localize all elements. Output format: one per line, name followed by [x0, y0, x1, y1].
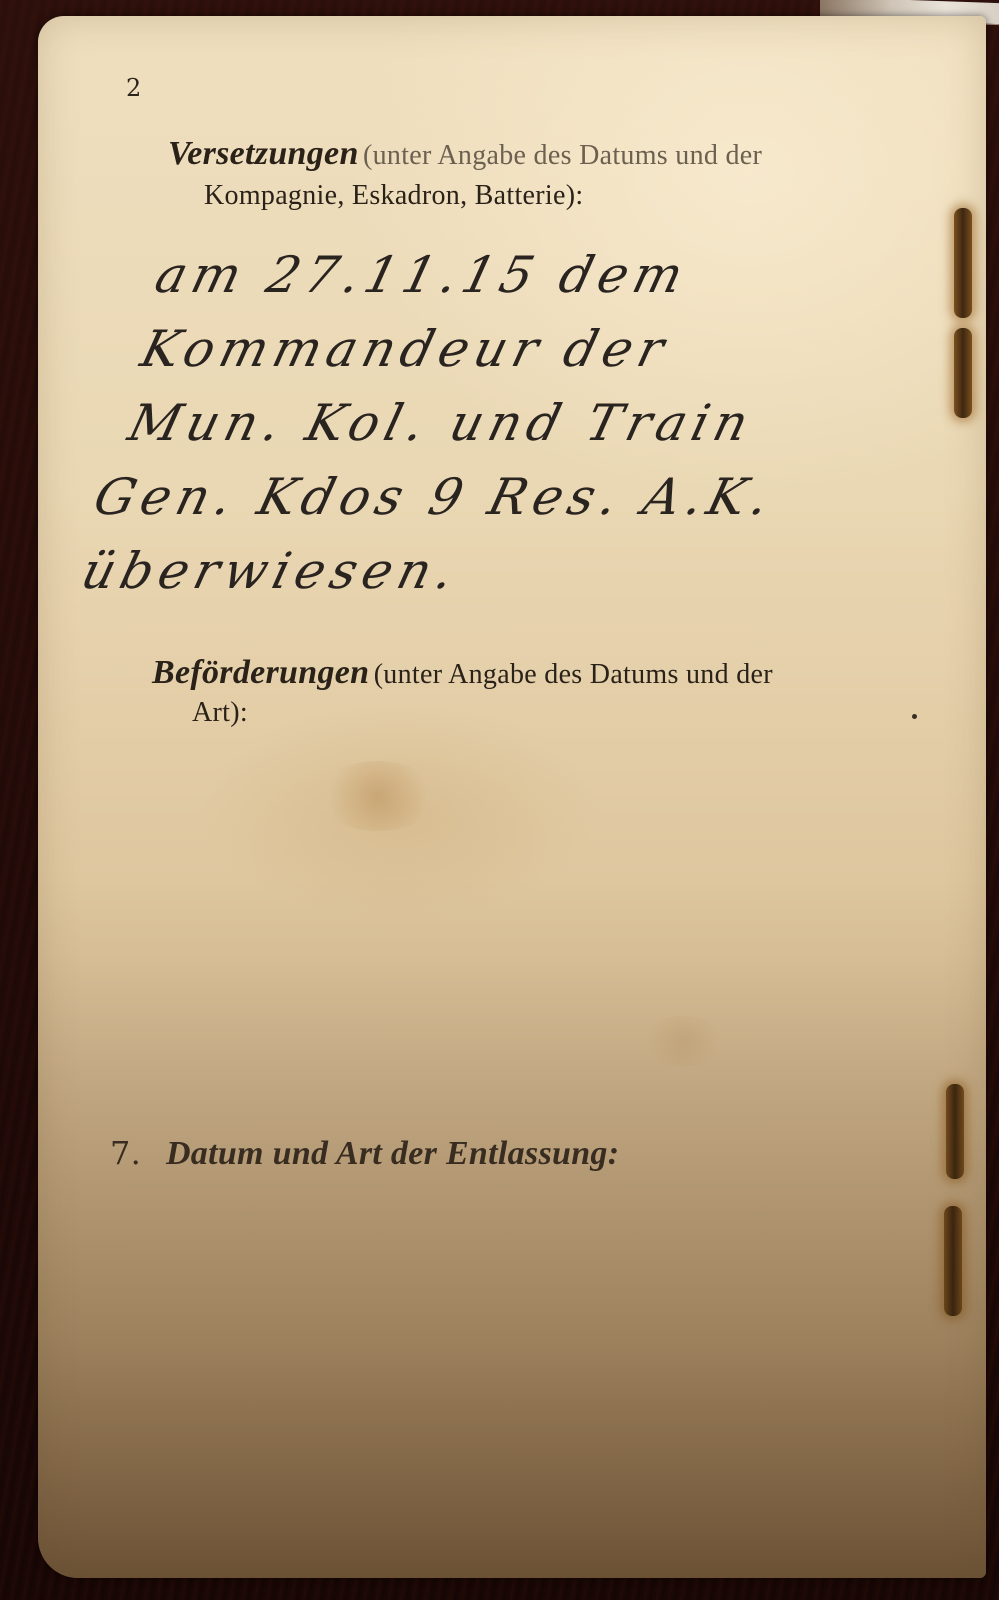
- transfers-subheading-2: Kompagnie, Eskadron, Batterie):: [168, 178, 928, 214]
- handwritten-line: überwiesen.: [64, 534, 922, 608]
- discharge-label: Datum und Art der Entlassung:: [166, 1135, 619, 1172]
- page-number: 2: [126, 74, 141, 102]
- transfers-subheading-1: (unter Angabe des Datums und der: [363, 140, 762, 171]
- transfers-section: Versetzungen (unter Angabe des Datums un…: [168, 136, 928, 214]
- handwritten-line: am 27.11.15 dem: [138, 238, 986, 312]
- document-page: 2 Versetzungen (unter Angabe des Datums …: [38, 16, 986, 1578]
- staple-bottom-upper: [946, 1084, 964, 1179]
- handwritten-line: Mun. Kol. und Train: [101, 386, 959, 460]
- handwritten-line: Gen. Kdos 9 Res. A.K.: [82, 460, 940, 534]
- promotions-section: Beförderungen (unter Angabe des Datums u…: [152, 656, 942, 730]
- staple-bottom-lower: [944, 1206, 962, 1316]
- transfers-heading: Versetzungen: [168, 135, 359, 172]
- discharge-number: 7.: [110, 1134, 141, 1172]
- handwritten-line: Kommandeur der: [119, 312, 977, 386]
- discharge-section: 7. Datum und Art der Entlassung:: [110, 1134, 619, 1173]
- foxing-stain: [318, 761, 438, 831]
- promotions-subheading-2: Art):: [152, 696, 942, 730]
- promotions-heading: Beförderungen: [152, 654, 369, 691]
- promotions-subheading-1: (unter Angabe des Datums und der: [374, 659, 773, 690]
- transfers-handwritten-entry: am 27.11.15 dem Kommandeur der Mun. Kol.…: [64, 238, 986, 608]
- foxing-stain: [638, 1016, 728, 1066]
